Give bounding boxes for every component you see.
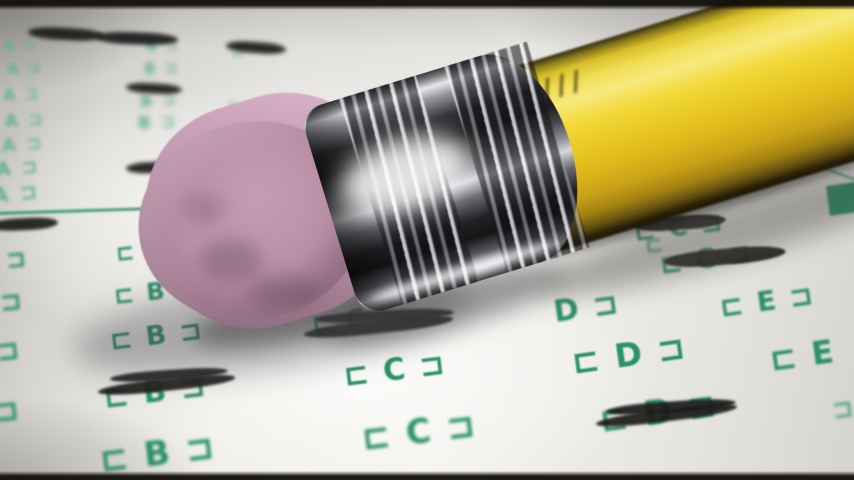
vignette-bar-bottom [0, 471, 854, 480]
vignette-bar-top [0, 0, 854, 10]
eraser-smudge [200, 240, 262, 282]
eraser-smudge [248, 276, 320, 308]
eraser-smudge [182, 192, 224, 224]
photo-pencil-on-scantron: A ⊐A ⊐A ⊐A ⊐A ⊐A ⊐A ⊐B ⊐B ⊐B ⊐B ⊐⊏⊏⊏⊏⊏ ⊐… [0, 0, 854, 480]
